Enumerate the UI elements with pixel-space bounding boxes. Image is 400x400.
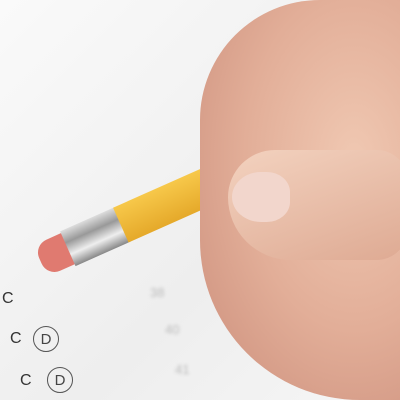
circled-choice: D (33, 326, 59, 352)
circled-choice: D (47, 367, 73, 393)
choice-letter: C (2, 290, 14, 308)
choice-letter: C (10, 330, 22, 348)
question-number: 40 (165, 322, 179, 337)
question-number: 38 (150, 285, 164, 300)
choice-letter: C (20, 372, 32, 390)
question-number: 41 (175, 362, 189, 377)
thumbnail (232, 172, 290, 222)
